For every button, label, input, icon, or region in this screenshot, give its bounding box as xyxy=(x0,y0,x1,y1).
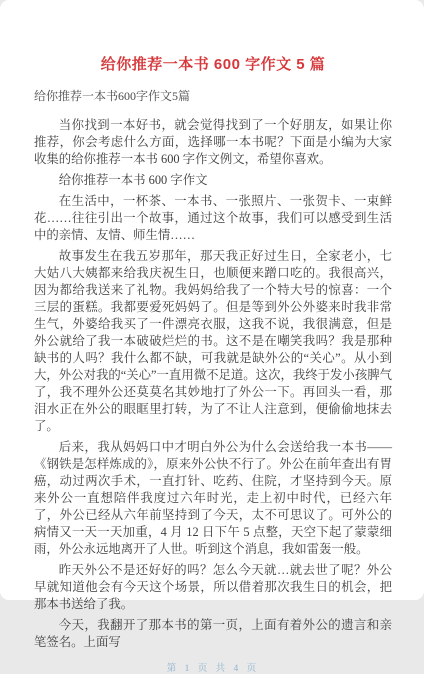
document-page: 给你推荐一本书 600 字作文 5 篇 给你推荐一本书600字作文5篇 当你找到… xyxy=(0,0,424,600)
intro-paragraph: 当你找到一本好书，就会觉得找到了一个好朋友，如果让你推荐，你会考虑什么方面，选择… xyxy=(34,117,392,168)
document-title: 给你推荐一本书 600 字作文 5 篇 xyxy=(34,56,392,74)
document-subtitle: 给你推荐一本书600字作文5篇 xyxy=(34,87,392,104)
paragraph: 后来，我从妈妈口中才明白外公为什么会送给我一本书——《钢铁是怎样炼成的》，原来外… xyxy=(34,439,392,558)
paragraph: 昨天外公不是还好好的吗？怎么今天就…就去世了呢？外公早就知道他会有今天这个场景，… xyxy=(34,562,392,600)
paragraph: 在生活中，一杯茶、一本书、一张照片、一张贺卡、一束鲜花……往往引出一个故事，通过… xyxy=(34,193,392,244)
paragraph: 故事发生在我五岁那年，那天我正好过生日，全家老小，七大姑八大姨都来给我庆祝生日，… xyxy=(34,248,392,435)
document-body: 当你找到一本好书，就会觉得找到了一个好朋友，如果让你推荐，你会考虑什么方面，选择… xyxy=(34,117,392,600)
section-heading: 给你推荐一本书 600 字作文 xyxy=(34,172,392,189)
